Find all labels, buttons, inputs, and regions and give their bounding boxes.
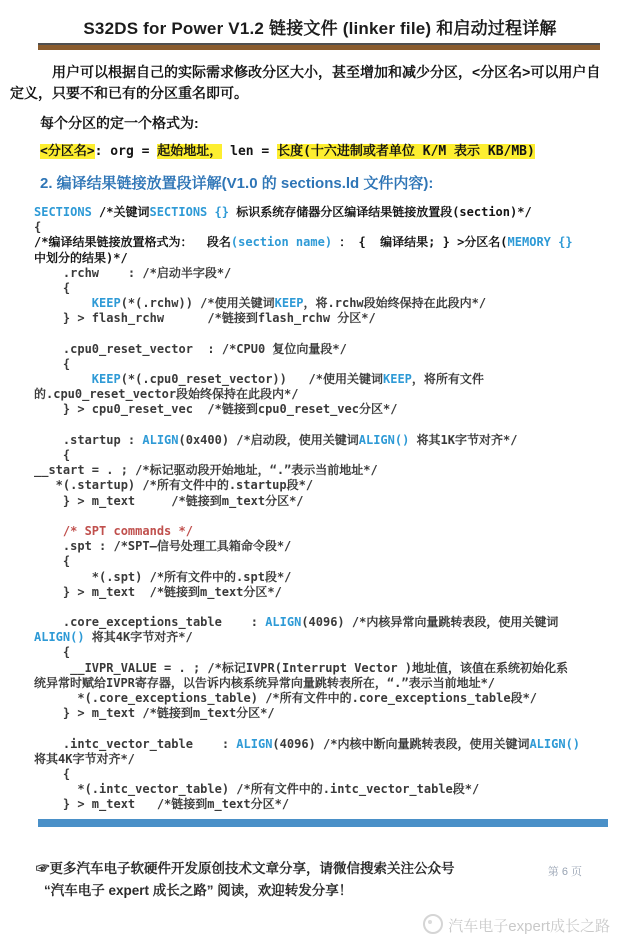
code-line: { <box>34 645 640 660</box>
format-text: : org = <box>95 144 158 159</box>
code-line: { <box>34 281 640 296</box>
code-line: __IVPR_VALUE = . ; /*标记IVPR(Interrupt Ve… <box>34 661 640 676</box>
highlighted-term: <分区名> <box>40 144 95 159</box>
code-line: 统异常时赋给IVPR寄存器，以告诉内核系统异常向量跳转表所在，“.”表示当前地址… <box>34 676 640 691</box>
page-number: 第 6 页 <box>548 863 582 879</box>
watermark-logo-icon <box>423 914 443 934</box>
code-line: __start = . ; /*标记驱动段开始地址，“.”表示当前地址*/ <box>34 463 640 478</box>
code-line: *(.intc_vector_table) /*所有文件中的.intc_vect… <box>34 782 640 797</box>
code-line <box>34 721 640 736</box>
page-title: S32DS for Power V1.2 链接文件 (linker file) … <box>0 14 640 39</box>
code-line: .intc_vector_table : ALIGN(4096) /*内核中断向… <box>34 737 640 752</box>
code-line: SECTIONS /*关键词SECTIONS {} 标识系统存储器分区编译结果链… <box>34 205 640 220</box>
code-line: } > m_text /*链接到m_text分区*/ <box>34 585 640 600</box>
highlighted-term: 起始地址， <box>157 144 222 159</box>
code-line: .core_exceptions_table : ALIGN(4096) /*内… <box>34 615 640 630</box>
section-divider <box>38 819 608 827</box>
code-line: { <box>34 448 640 463</box>
code-line: *(.spt) /*所有文件中的.spt段*/ <box>34 570 640 585</box>
pointing-hand-icon: ☞ <box>36 861 50 876</box>
watermark: 汽车电子expert成长之路 <box>0 914 610 936</box>
footer-note: ☞更多汽车电子软硬件开发原创技术文章分享，请微信搜索关注公众号 “汽车电子 ex… <box>36 858 506 902</box>
code-line: } > flash_rchw /*链接到flash_rchw 分区*/ <box>34 311 640 326</box>
code-line: { <box>34 357 640 372</box>
code-line: ALIGN() 将其4K字节对齐*/ <box>34 630 640 645</box>
title-divider <box>38 43 600 50</box>
code-line: 的.cpu0_reset_vector段始终保持在此段内*/ <box>34 387 640 402</box>
code-line: 中划分的结果)*/ <box>34 251 640 266</box>
section-heading: 2. 编译结果链接放置段详解(V1.0 的 sections.ld 文件内容): <box>40 173 640 195</box>
footer-note-line2: “汽车电子 expert 成长之路” 阅读，欢迎转发分享！ <box>44 883 352 898</box>
code-line <box>34 600 640 615</box>
code-line: { <box>34 767 640 782</box>
code-line: *(.startup) /*所有文件中的.startup段*/ <box>34 478 640 493</box>
partition-format-line: <分区名>: org = 起始地址， len = 长度(十六进制或者单位 K/M… <box>40 142 640 162</box>
code-line: .cpu0_reset_vector : /*CPU0 复位向量段*/ <box>34 342 640 357</box>
highlighted-term: 长度(十六进制或者单位 K/M 表示 KB/MB) <box>277 144 535 159</box>
watermark-text: 汽车电子expert成长之路 <box>448 918 610 935</box>
code-line <box>34 509 640 524</box>
document-page: S32DS for Power V1.2 链接文件 (linker file) … <box>0 0 640 951</box>
code-line: } > m_text /*链接到m_text分区*/ <box>34 706 640 721</box>
code-line <box>34 418 640 433</box>
code-line: KEEP(*(.cpu0_reset_vector)) /*使用关键词KEEP，… <box>34 372 640 387</box>
code-line: .rchw : /*启动半字段*/ <box>34 266 640 281</box>
footer-note-line1: 更多汽车电子软硬件开发原创技术文章分享，请微信搜索关注公众号 <box>50 861 455 876</box>
format-text: len = <box>222 144 277 159</box>
code-line: 将其4K字节对齐*/ <box>34 752 640 767</box>
code-line: KEEP(*(.rchw)) /*使用关键词KEEP，将.rchw段始终保持在此… <box>34 296 640 311</box>
code-line: /* SPT commands */ <box>34 524 640 539</box>
code-line: .startup : ALIGN(0x400) /*启动段，使用关键词ALIGN… <box>34 433 640 448</box>
code-line: { <box>34 554 640 569</box>
code-line: } > m_text /*链接到m_text分区*/ <box>34 797 640 812</box>
page-footer: ☞更多汽车电子软硬件开发原创技术文章分享，请微信搜索关注公众号 “汽车电子 ex… <box>0 858 640 936</box>
code-line: .spt : /*SPT—信号处理工具箱命令段*/ <box>34 539 640 554</box>
code-line: } > cpu0_reset_vec /*链接到cpu0_reset_vec分区… <box>34 402 640 417</box>
linker-script-code-block: SECTIONS /*关键词SECTIONS {} 标识系统存储器分区编译结果链… <box>34 205 640 813</box>
code-line <box>34 327 640 342</box>
code-line: { <box>34 220 640 235</box>
format-intro: 每个分区的定一个格式为: <box>40 113 640 133</box>
code-line: /*编译结果链接放置格式为： 段名(section name) ： { 编译结果… <box>34 235 640 250</box>
code-line: *(.core_exceptions_table) /*所有文件中的.core_… <box>34 691 640 706</box>
intro-paragraph: 用户可以根据自己的实际需求修改分区大小，甚至增加和减少分区，<分区名>可以用户自… <box>10 62 610 104</box>
code-line: } > m_text /*链接到m_text分区*/ <box>34 494 640 509</box>
